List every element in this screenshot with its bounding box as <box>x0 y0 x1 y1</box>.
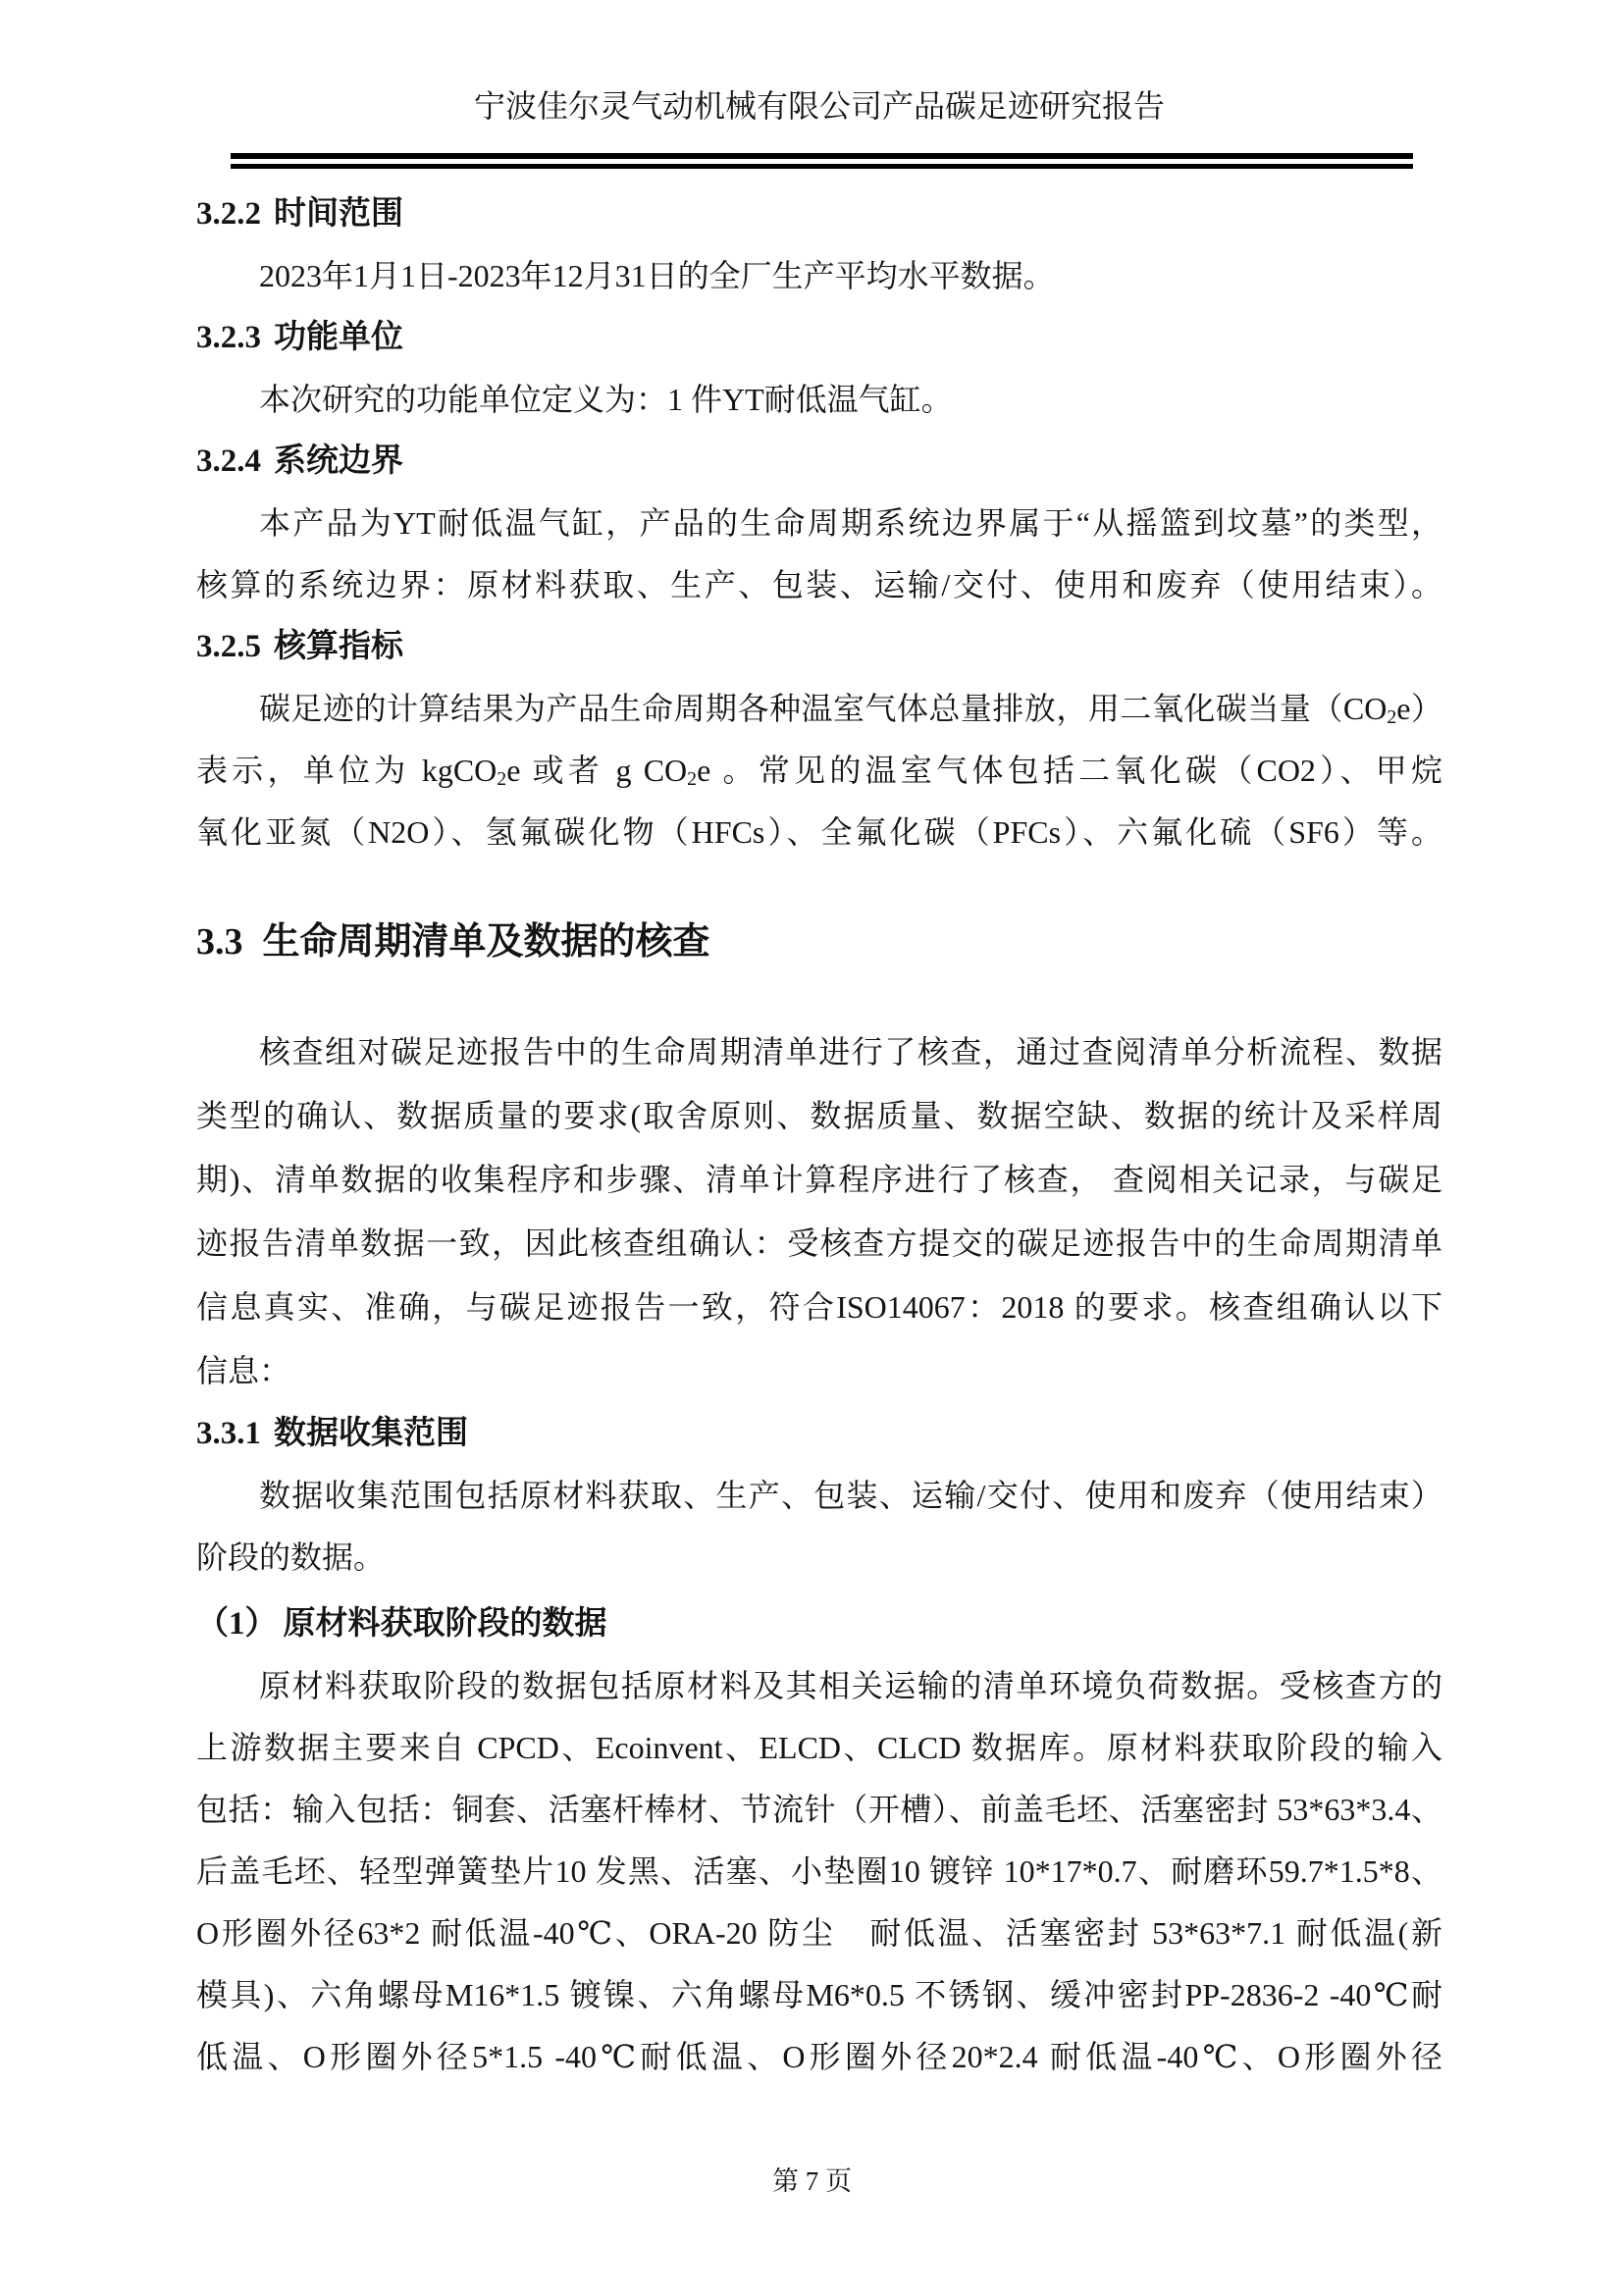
section-3-3: 3.3生命周期清单及数据的核查 核查组对碳足迹报告中的生命周期清单进行了核查，通… <box>196 917 1442 1403</box>
paragraph-line: 阶段的数据。 <box>196 1527 1442 1589</box>
text-segment: e 或者 g CO <box>506 753 687 788</box>
heading-number: 3.2.4 <box>196 443 261 479</box>
paragraph-line: 本次研究的功能单位定义为：1 件YT耐低温气缸。 <box>196 369 1442 431</box>
heading-text: 原材料获取阶段的数据 <box>284 1606 607 1642</box>
heading-text: 时间范围 <box>274 196 403 232</box>
paragraph-line: 上游数据主要来自 CPCD、Ecoinvent、ELCD、CLCD 数据库。原材… <box>196 1717 1442 1779</box>
paragraph-line: 原材料获取阶段的数据包括原材料及其相关运输的清单环境负荷数据。受核查方的 <box>196 1655 1442 1717</box>
heading-3-3: 3.3生命周期清单及数据的核查 <box>196 917 1442 966</box>
heading-number: 3.2.3 <box>196 320 261 355</box>
paragraph-line: 模具)、六角螺母M16*1.5 镀镍、六角螺母M6*0.5 不锈钢、缓冲密封PP… <box>196 1964 1442 2026</box>
paragraph-line: 后盖毛坯、轻型弹簧垫片10 发黑、活塞、小垫圈10 镀锌 10*17*0.7、耐… <box>196 1841 1442 1903</box>
paragraph-line: 2023年1月1日-2023年12月31日的全厂生产平均水平数据。 <box>196 245 1442 307</box>
paragraph-line: 期)、清单数据的收集程序和步骤、清单计算程序进行了核查， 查阅相关记录，与碳足 <box>196 1148 1442 1212</box>
text-segment: 表示，单位为 kgCO <box>196 753 497 788</box>
paragraph-line: 核查组对碳足迹报告中的生命周期清单进行了核查，通过查阅清单分析流程、数据 <box>196 1020 1442 1084</box>
heading-number: 3.2.2 <box>196 196 261 232</box>
heading-3-2-3: 3.2.3功能单位 <box>196 307 1442 369</box>
paragraph-line: 氧化亚氮（N2O）、氢氟碳化物（HFCs）、全氟化碳（PFCs）、六氟化硫（SF… <box>196 802 1442 863</box>
paragraph-line: 类型的确认、数据质量的要求(取舍原则、数据质量、数据空缺、数据的统计及采样周 <box>196 1084 1442 1148</box>
report-page: 宁波佳尔灵气动机械有限公司产品碳足迹研究报告 3.2.2时间范围 2023年1月… <box>0 0 1624 2295</box>
heading-3-3-1: 3.3.1数据收集范围 <box>196 1403 1442 1465</box>
heading-number: 3.3.1 <box>196 1416 261 1451</box>
heading-3-2-5: 3.2.5核算指标 <box>196 616 1442 678</box>
heading-3-2-4: 3.2.4系统边界 <box>196 431 1442 493</box>
page-number: 第 7 页 <box>0 2162 1624 2201</box>
page-header-title: 宁波佳尔灵气动机械有限公司产品碳足迹研究报告 <box>196 86 1442 126</box>
heading-text: 核算指标 <box>274 629 403 664</box>
heading-number: （1） <box>196 1606 278 1642</box>
paragraph-line: 碳足迹的计算结果为产品生命周期各种温室气体总量排放，用二氧化碳当量（CO2e） <box>196 678 1442 740</box>
paragraph-line: O形圈外径63*2 耐低温-40℃、ORA-20 防尘 耐低温、活塞密封 53*… <box>196 1903 1442 1964</box>
header-double-rule <box>231 153 1413 169</box>
paragraph-line: 包括：输入包括：铜套、活塞杆棒材、节流针（开槽）、前盖毛坯、活塞密封 53*63… <box>196 1779 1442 1841</box>
paragraph-line: 迹报告清单数据一致，因此核查组确认：受核查方提交的碳足迹报告中的生命周期清单 <box>196 1212 1442 1276</box>
heading-text: 数据收集范围 <box>274 1416 468 1451</box>
heading-text: 功能单位 <box>274 320 403 355</box>
paragraph-line: 表示，单位为 kgCO2e 或者 g CO2e 。常见的温室气体包括二氧化碳（C… <box>196 740 1442 802</box>
heading-text: 系统边界 <box>274 443 403 479</box>
paragraph-line: 数据收集范围包括原材料获取、生产、包装、运输/交付、使用和废弃（使用结束） <box>196 1465 1442 1527</box>
heading-number: 3.2.5 <box>196 629 261 664</box>
text-segment: 碳足迹的计算结果为产品生命周期各种温室气体总量排放，用二氧化碳当量（CO <box>259 691 1387 726</box>
heading-number: 3.3 <box>196 921 243 963</box>
text-segment: e） <box>1396 691 1442 726</box>
subscript-2: 2 <box>1387 706 1396 728</box>
subscript-2: 2 <box>497 768 506 790</box>
heading-item-1: （1）原材料获取阶段的数据 <box>196 1593 1442 1655</box>
paragraph-line: 本产品为YT耐低温气缸，产品的生命周期系统边界属于“从摇篮到坟墓”的类型， <box>196 493 1442 554</box>
paragraph-line: 信息真实、准确，与碳足迹报告一致，符合ISO14067：2018 的要求。核查组… <box>196 1276 1442 1339</box>
heading-3-2-2: 3.2.2时间范围 <box>196 183 1442 245</box>
paragraph-line: 低温、O形圈外径5*1.5 -40℃耐低温、O形圈外径20*2.4 耐低温-40… <box>196 2026 1442 2088</box>
paragraph-line: 信息： <box>196 1339 1442 1403</box>
heading-text: 生命周期清单及数据的核查 <box>263 921 710 963</box>
subscript-2: 2 <box>687 768 697 790</box>
paragraph-line: 核算的系统边界：原材料获取、生产、包装、运输/交付、使用和废弃（使用结束）。 <box>196 554 1442 616</box>
